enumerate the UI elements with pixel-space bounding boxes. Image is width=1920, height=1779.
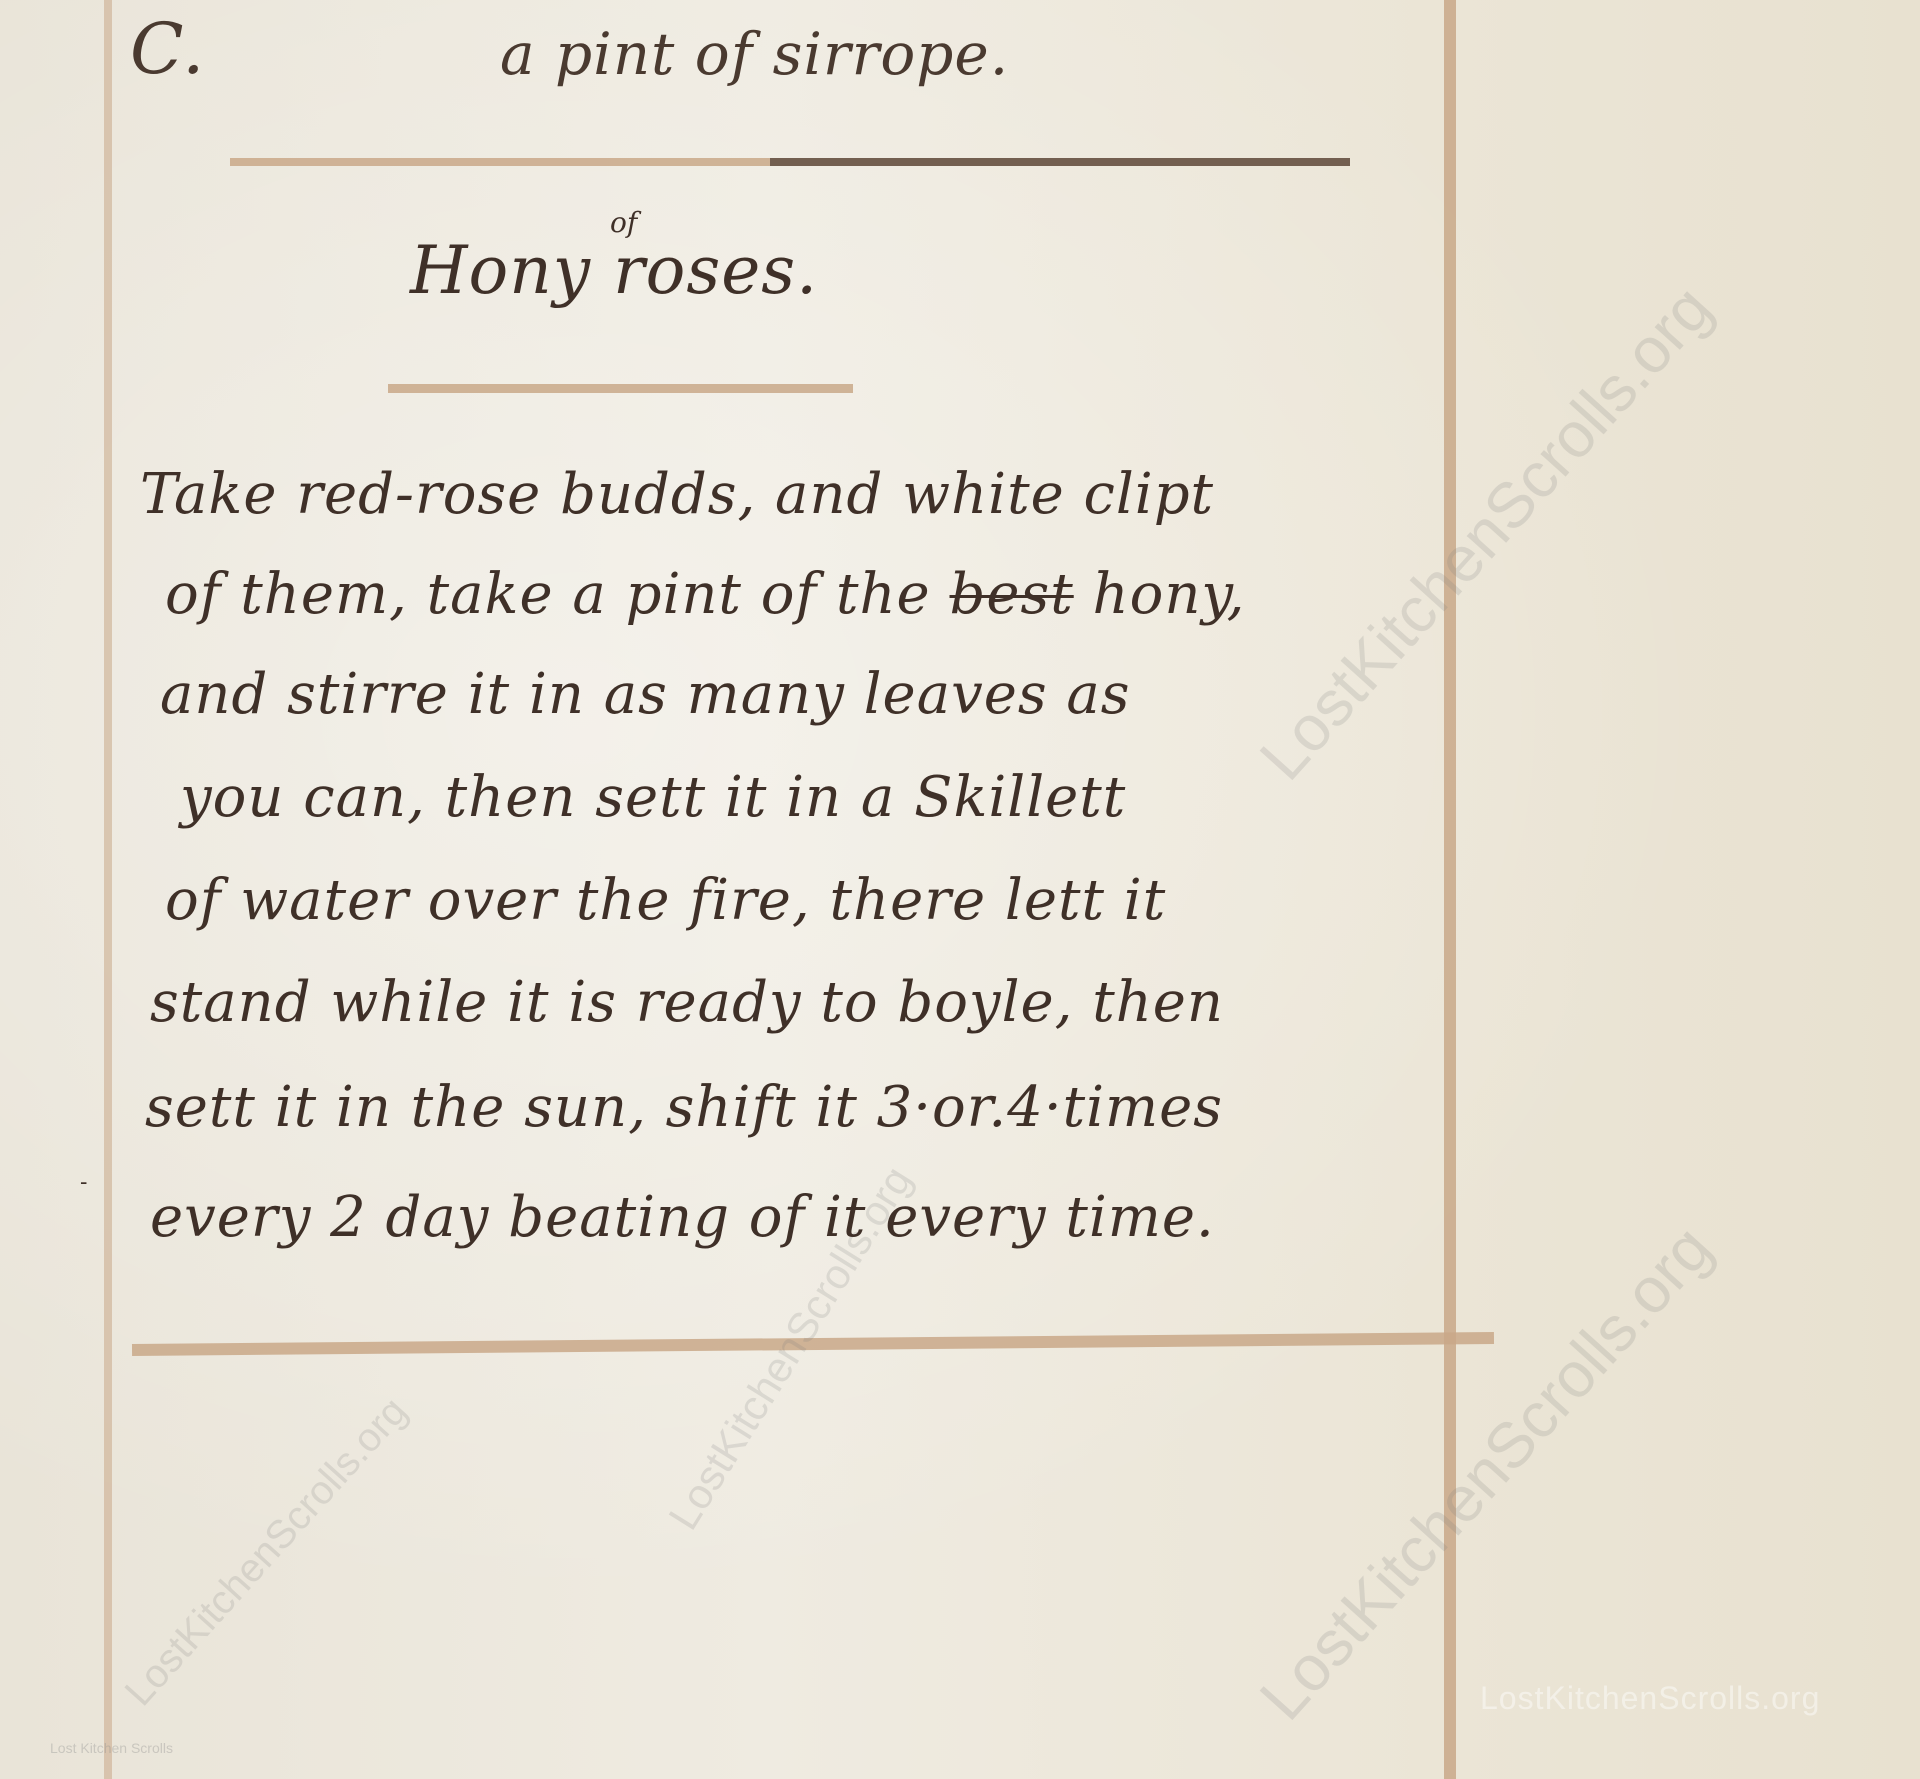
watermark-logo: Lost Kitchen Scrolls xyxy=(50,1740,173,1756)
recipe-line: stand while it is ready to boyle, then xyxy=(150,970,1224,1035)
struck-word: best xyxy=(950,562,1074,627)
previous-recipe-ending: a pint of sirrope. xyxy=(500,20,1009,88)
manuscript-page: LostKitchenScrolls.org LostKitchenScroll… xyxy=(0,0,1920,1779)
recipe-line: and stirre it in as many leaves as xyxy=(160,662,1131,727)
recipe-line: you can, then sett it in a Skillett xyxy=(180,765,1126,830)
recipe-line: Take red-rose budds, and white clipt xyxy=(140,462,1214,527)
recipe-line: of water over the fire, there lett it xyxy=(165,868,1166,933)
recipe-line: every 2 day beating of it every time. xyxy=(150,1185,1215,1250)
margin-mark: - xyxy=(80,1170,87,1195)
separator-ink-stroke xyxy=(770,158,1350,166)
recipe-line: of them, take a pint of the best hony, xyxy=(165,562,1245,627)
left-margin-rule xyxy=(104,0,112,1779)
title-underline-rule xyxy=(388,384,853,393)
watermark-diagonal: LostKitchenScrolls.org xyxy=(1245,271,1726,794)
recipe-line: sett it in the sun, shift it 3·or.4·time… xyxy=(145,1075,1223,1140)
watermark-footer: LostKitchenScrolls.org xyxy=(1480,1680,1820,1717)
watermark-diagonal: LostKitchenScrolls.org xyxy=(117,1389,417,1715)
watermark-diagonal: LostKitchenScrolls.org xyxy=(1245,1211,1726,1734)
recipe-title: Hony roses. xyxy=(410,232,818,309)
previous-recipe-flourish: C. xyxy=(130,8,205,90)
